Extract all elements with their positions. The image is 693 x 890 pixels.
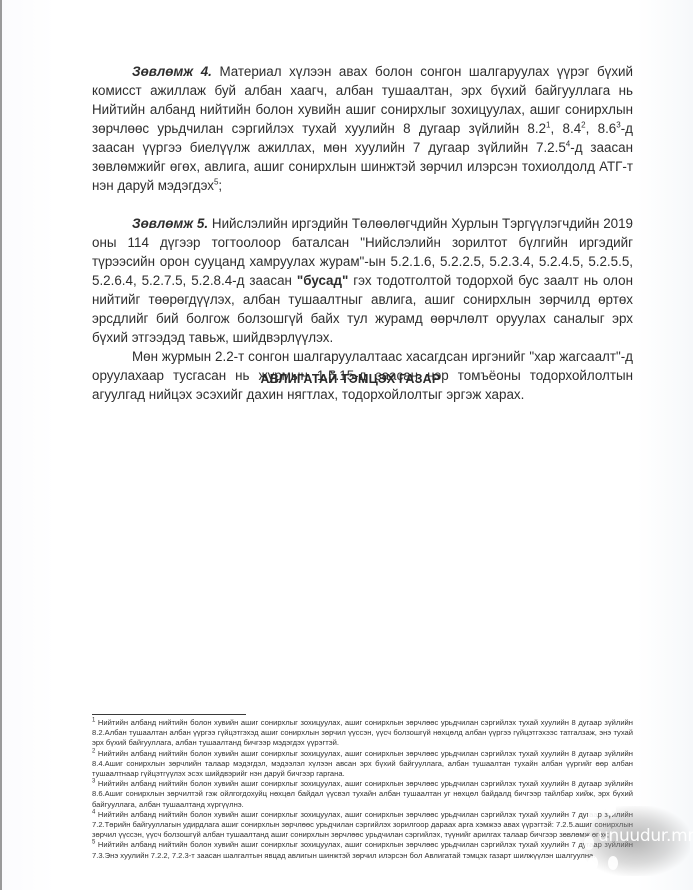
footnote-text: Нийтийн албанд нийтийн болон хувийн ашиг… (92, 749, 633, 778)
document-page: Зөвлөмж 4. Материал хүлээн авах болон со… (0, 0, 693, 890)
emphasis-busad: "бусад" (297, 273, 348, 288)
footnote-separator (92, 714, 246, 715)
signature-agency-name: АВЛИГАТАЙ ТЭМЦЭХ ГАЗАР (0, 372, 693, 386)
document-body: Зөвлөмж 4. Материал хүлээн авах болон со… (92, 62, 633, 404)
footnote-2: 2 Нийтийн албанд нийтийн болон хувийн аш… (92, 749, 633, 780)
footnotes: 1 Нийтийн албанд нийтийн болон хувийн аш… (92, 718, 633, 861)
footnote-text: Нийтийн албанд нийтийн болон хувийн ашиг… (92, 840, 633, 859)
recommendation-4-label: Зөвлөмж 4. (132, 64, 212, 79)
recommendation-4-paragraph: Зөвлөмж 4. Материал хүлээн авах болон со… (92, 62, 633, 195)
recommendation-4-text: ; (218, 178, 222, 193)
footnote-4: 4 Нийтийн албанд нийтийн болон хувийн аш… (92, 810, 633, 841)
recommendation-4-text: , 8.6 (586, 121, 617, 136)
footnote-5: 5 Нийтийн албанд нийтийн болон хувийн аш… (92, 840, 633, 860)
footnote-1: 1 Нийтийн албанд нийтийн болон хувийн аш… (92, 718, 633, 749)
recommendation-4-text: , 8.4 (551, 121, 582, 136)
recommendation-5-paragraph: Зөвлөмж 5. Нийслэлийн иргэдийн Төлөөлөгч… (92, 214, 633, 347)
footnote-text: Нийтийн албанд нийтийн болон хувийн ашиг… (92, 810, 633, 839)
footnote-text: Нийтийн албанд нийтийн болон хувийн ашиг… (92, 718, 633, 747)
footnote-text: Нийтийн албанд нийтийн болон хувийн ашиг… (92, 779, 633, 808)
page-edge (0, 0, 2, 890)
footnote-3: 3 Нийтийн албанд нийтийн болон хувийн аш… (92, 779, 633, 810)
recommendation-5-label: Зөвлөмж 5. (132, 216, 208, 231)
